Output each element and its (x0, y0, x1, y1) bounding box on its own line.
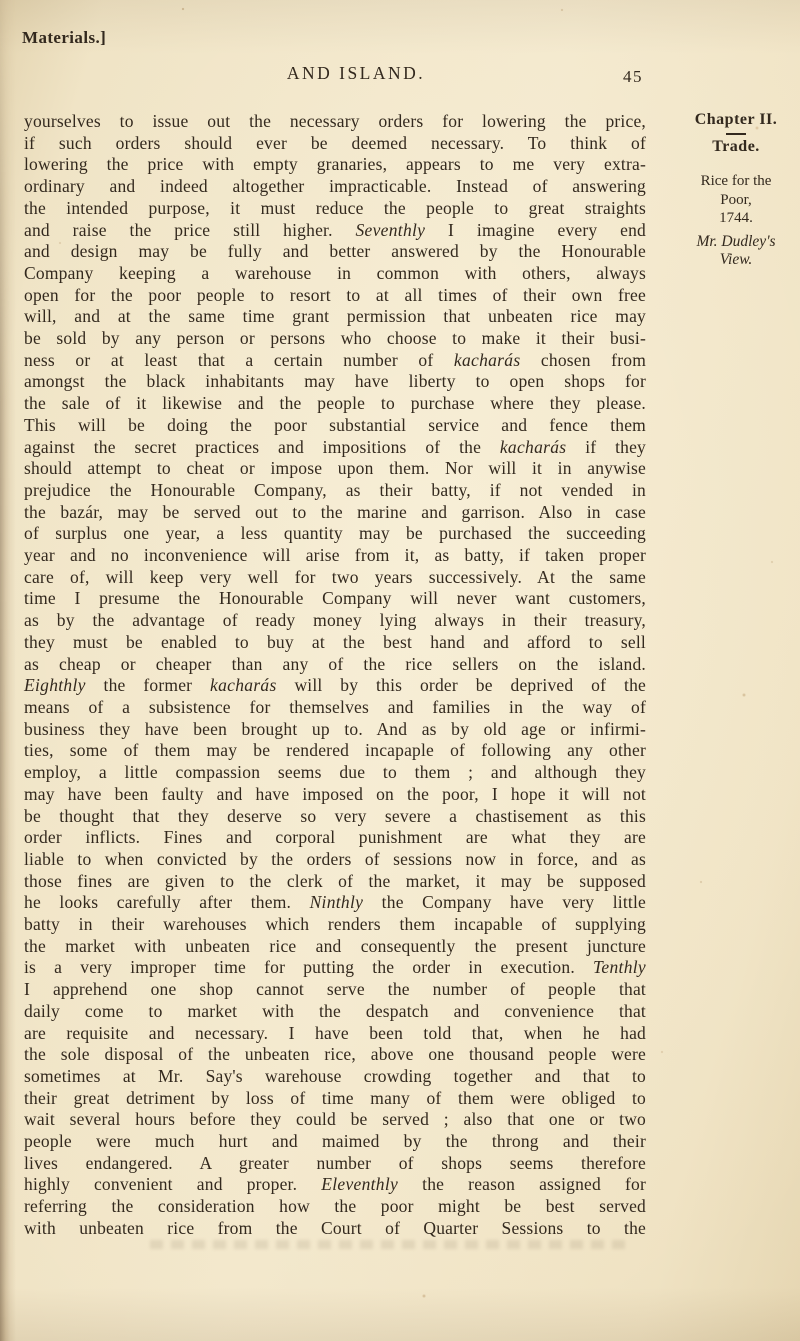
body-line: batty in their warehouses which renders … (24, 914, 646, 936)
body-line: of surplus one year, a less quantity may… (24, 523, 646, 545)
body-line: wait several hours before they could be … (24, 1109, 646, 1131)
margin-note-topic-line: Rice for the (672, 172, 800, 191)
margin-note-topic-line: 1744. (672, 209, 800, 228)
body-line: means of a subsistence for themselves an… (24, 697, 646, 719)
margin-notes: Chapter II. Trade. Rice for the Poor, 17… (672, 111, 800, 270)
margin-note-chapter: Chapter II. (672, 111, 800, 129)
body-line: as cheap or cheaper than any of the rice… (24, 654, 646, 676)
body-line: ordinary and indeed altogether impractic… (24, 176, 646, 198)
body-line: with unbeaten rice from the Court of Qua… (24, 1218, 646, 1240)
header-signature: Materials.] (22, 28, 106, 48)
body-line: lowering the price with empty granaries,… (24, 154, 646, 176)
body-text: yourselves to issue out the necessary or… (24, 111, 646, 1240)
book-page: Materials.] AND ISLAND. 45 yourselves to… (0, 0, 800, 1341)
chapter-rule (726, 133, 746, 135)
margin-note-reference-line: Mr. Dudley's (672, 233, 800, 252)
body-line: should attempt to cheat or impose upon t… (24, 458, 646, 480)
body-line: Company keeping a warehouse in common wi… (24, 263, 646, 285)
margin-note-topic: Rice for the Poor, 1744. (672, 172, 800, 228)
margin-note-reference: Mr. Dudley's View. (672, 233, 800, 270)
body-line: be thought that they deserve so very sev… (24, 806, 646, 828)
body-line: amongst the black inhabitants may have l… (24, 371, 646, 393)
running-title: AND ISLAND. (0, 63, 712, 84)
body-line: liable to when convicted by the orders o… (24, 849, 646, 871)
body-line: their great detriment by loss of time ma… (24, 1088, 646, 1110)
body-line: yourselves to issue out the necessary or… (24, 111, 646, 133)
body-line: the sole disposal of the unbeaten rice, … (24, 1044, 646, 1066)
body-line: he looks carefully after them. Ninthly t… (24, 892, 646, 914)
body-line: lives endangered. A greater number of sh… (24, 1153, 646, 1175)
body-line: may have been faulty and have imposed on… (24, 784, 646, 806)
body-line: year and no inconvenience will arise fro… (24, 545, 646, 567)
body-line: sometimes at Mr. Say's warehouse crowdin… (24, 1066, 646, 1088)
body-line: the intended purpose, it must reduce the… (24, 198, 646, 220)
body-line: will, and at the same time grant permiss… (24, 306, 646, 328)
body-line: employ, a little compassion seems due to… (24, 762, 646, 784)
body-line: ties, some of them may be rendered incap… (24, 740, 646, 762)
binding-edge (0, 0, 16, 1341)
body-line: prejudice the Honourable Company, as the… (24, 480, 646, 502)
body-line: referring the consideration how the poor… (24, 1196, 646, 1218)
showthrough-ghost-text (150, 1240, 630, 1249)
body-line: as by the advantage of ready money lying… (24, 610, 646, 632)
body-line: open for the poor people to resort to at… (24, 285, 646, 307)
body-line: daily come to market with the despatch a… (24, 1001, 646, 1023)
page-number: 45 (623, 67, 643, 87)
body-line: those fines are given to the clerk of th… (24, 871, 646, 893)
margin-note-section: Trade. (672, 138, 800, 156)
body-line: business they have been brought up to. A… (24, 719, 646, 741)
body-line: I apprehend one shop cannot serve the nu… (24, 979, 646, 1001)
body-line: be sold by any person or persons who cho… (24, 328, 646, 350)
margin-note-topic-line: Poor, (672, 191, 800, 210)
body-line: highly convenient and proper. Eleventhly… (24, 1174, 646, 1196)
body-line: are requisite and necessary. I have been… (24, 1023, 646, 1045)
body-line: This will be doing the poor substantial … (24, 415, 646, 437)
body-line: the sale of it likewise and the people t… (24, 393, 646, 415)
body-line: order inflicts. Fines and corporal punis… (24, 827, 646, 849)
body-line: the bazár, may be served out to the mari… (24, 502, 646, 524)
body-line: the market with unbeaten rice and conseq… (24, 936, 646, 958)
body-line: ness or at least that a certain number o… (24, 350, 646, 372)
body-line: is a very improper time for putting the … (24, 957, 646, 979)
body-line: they must be enabled to buy at the best … (24, 632, 646, 654)
body-line: if such orders should ever be deemed nec… (24, 133, 646, 155)
body-line: and raise the price still higher. Sevent… (24, 220, 646, 242)
margin-note-reference-line: View. (672, 251, 800, 270)
body-line: care of, will keep very well for two yea… (24, 567, 646, 589)
body-line: Eighthly the former kacharás will by thi… (24, 675, 646, 697)
body-line: time I presume the Honourable Company wi… (24, 588, 646, 610)
body-line: people were much hurt and maimed by the … (24, 1131, 646, 1153)
body-line: against the secret practices and imposit… (24, 437, 646, 459)
body-line: and design may be fully and better answe… (24, 241, 646, 263)
